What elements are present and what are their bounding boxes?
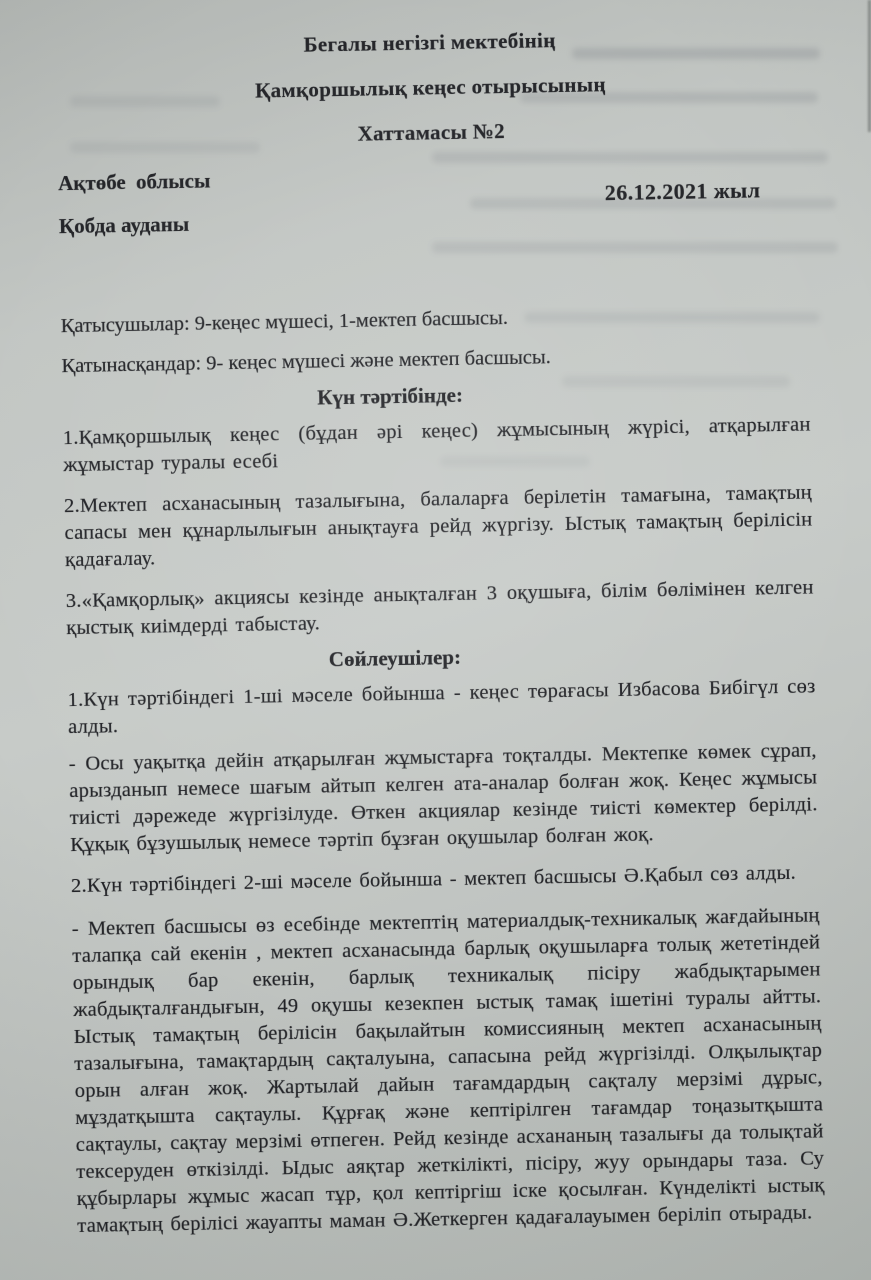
document-title-line-3: Хаттамасы №2 [57,113,805,153]
speaker-1-intro: 1.Күн тәртібіндегі 1-ші мәселе бойынша -… [67,673,816,741]
district-label: Қобда ауданы [59,212,190,239]
document-date: 26.12.2021 жыл [605,177,761,206]
speakers-heading: Сөйлеушілер: [67,637,815,677]
agenda-item-2: 2.Мектеп асханасының тазалығына, балалар… [64,479,813,574]
document-title-line-1: Бегалы негізгі мектебінің [55,23,803,63]
document-title-line-2: Қамқоршылық кеңес отырысының [56,68,804,108]
scanned-document-page: Бегалы негізгі мектебінің Қамқоршылық ке… [0,0,871,1280]
document-body: Бегалы негізгі мектебінің Қамқоршылық ке… [55,23,825,1241]
document-meta: Ақтөбе облысы Қобда ауданы 26.12.2021 жы… [58,157,807,259]
speaker-2-intro: 2.Күн тәртібіндегі 2-ші мәселе бойынша -… [71,859,819,900]
speaker-2-speech: - Мектеп басшысы өз есебінде мектептің м… [72,902,826,1240]
speaker-1-speech: - Осы уақытқа дейін атқарылған жұмыстарғ… [69,737,819,859]
agenda-item-1: 1.Қамқоршылық кеңес (бұдан әрі кеңес) жұ… [63,411,812,479]
attendees-line: Қатынасқандар: 9- кеңес мүшесі және мект… [61,339,809,380]
agenda-heading: Күн тәртібінде: [62,375,810,415]
region-label: Ақтөбе облысы [58,168,211,196]
agenda-item-3: 3.«Қамқорлық» акциясы кезінде анықталған… [66,574,815,642]
participants-line: Қатысушылар: 9-кеңес мүшесі, 1-мектеп ба… [61,299,809,340]
